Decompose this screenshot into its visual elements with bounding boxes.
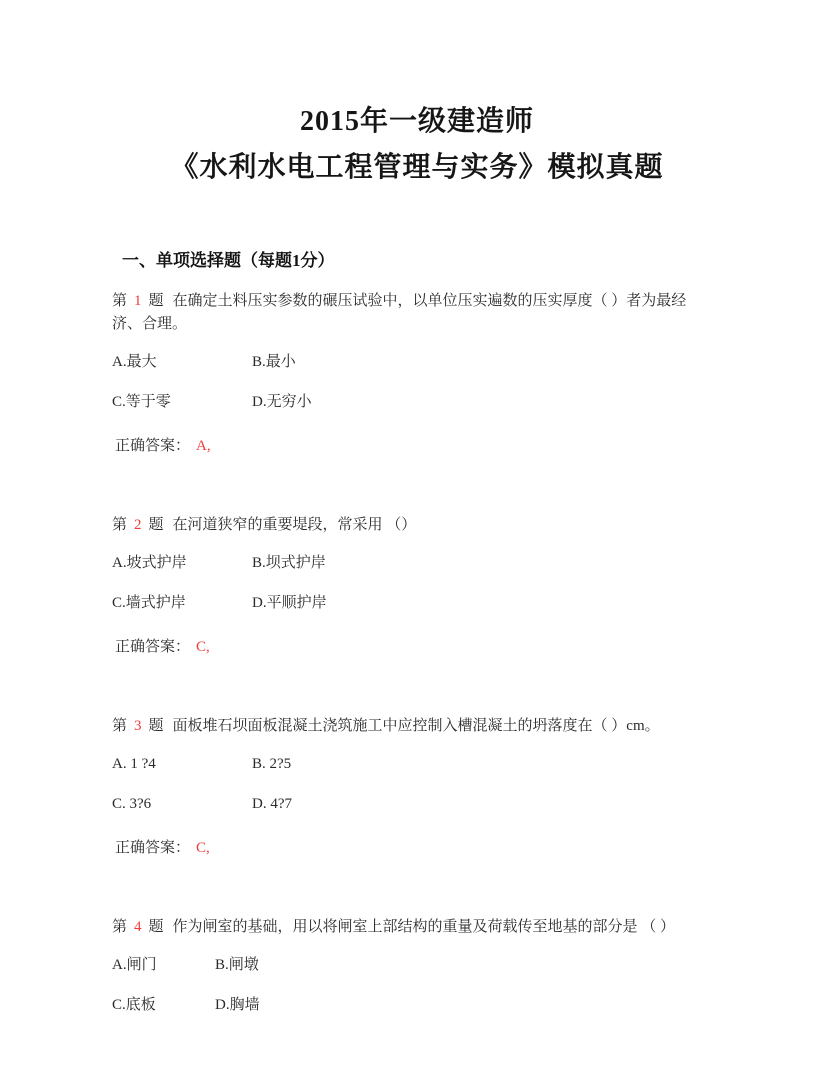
question-suffix: 题 xyxy=(149,919,164,935)
question-4-option-d: D.胸墙 xyxy=(215,997,260,1013)
question-3-option-a: A. 1 ?4 xyxy=(112,754,252,774)
question-3-answer: 正确答案：C, xyxy=(115,838,724,858)
question-4: 第4题作为闸室的基础，用以将闸室上部结构的重量及荷载传至地基的部分是 （ ） A… xyxy=(112,916,724,1015)
question-1-body: 在确定土料压实参数的碾压试验中，以单位压实遍数的压实厚度（ ）者为最经济、合理。 xyxy=(112,293,686,332)
question-3-body: 面板堆石坝面板混凝土浇筑施工中应控制入槽混凝土的坍落度在（ ）cm。 xyxy=(173,718,660,734)
answer-value: C, xyxy=(196,840,210,856)
question-3: 第3题面板堆石坝面板混凝土浇筑施工中应控制入槽混凝土的坍落度在（ ）cm。 A.… xyxy=(112,715,724,858)
question-suffix: 题 xyxy=(149,517,164,533)
question-suffix: 题 xyxy=(149,718,164,734)
question-1-number: 1 xyxy=(134,293,142,309)
question-2-option-d: D.平顺护岸 xyxy=(252,595,327,611)
question-2-number: 2 xyxy=(134,517,142,533)
question-2-answer: 正确答案：C, xyxy=(115,637,724,657)
title-line-1: 2015年一级建造师 xyxy=(0,104,834,140)
question-2-options-row-2: C.墙式护岸D.平顺护岸 xyxy=(112,593,724,613)
question-2: 第2题在河道狭窄的重要堤段，常采用 （） A.坡式护岸B.坝式护岸 C.墙式护岸… xyxy=(112,514,724,657)
question-2-options-row-1: A.坡式护岸B.坝式护岸 xyxy=(112,553,724,573)
question-1-option-b: B.最小 xyxy=(252,354,296,370)
question-2-option-b: B.坝式护岸 xyxy=(252,555,326,571)
question-prefix: 第 xyxy=(112,919,127,935)
answer-value: C, xyxy=(196,639,210,655)
question-4-option-b: B.闸墩 xyxy=(215,957,259,973)
title-line-2: 《水利水电工程管理与实务》模拟真题 xyxy=(0,150,834,186)
answer-label: 正确答案： xyxy=(115,639,190,655)
question-4-options-row-2: C.底板D.胸墙 xyxy=(112,995,724,1015)
question-3-options-row-2: C. 3?6D. 4?7 xyxy=(112,794,724,814)
question-1-option-a: A.最大 xyxy=(112,352,252,372)
question-suffix: 题 xyxy=(149,293,164,309)
question-1: 第1题在确定土料压实参数的碾压试验中，以单位压实遍数的压实厚度（ ）者为最经济、… xyxy=(112,290,724,456)
question-3-options-row-1: A. 1 ?4B. 2?5 xyxy=(112,754,724,774)
question-2-option-c: C.墙式护岸 xyxy=(112,593,252,613)
question-4-number: 4 xyxy=(134,919,142,935)
question-3-option-b: B. 2?5 xyxy=(252,756,291,772)
answer-label: 正确答案： xyxy=(115,438,190,454)
question-1-answer: 正确答案：A, xyxy=(115,436,724,456)
answer-label: 正确答案： xyxy=(115,840,190,856)
question-prefix: 第 xyxy=(112,718,127,734)
question-1-text: 第1题在确定土料压实参数的碾压试验中，以单位压实遍数的压实厚度（ ）者为最经济、… xyxy=(112,290,714,336)
question-2-text: 第2题在河道狭窄的重要堤段，常采用 （） xyxy=(112,514,714,537)
question-1-options-row-2: C.等于零D.无穷小 xyxy=(112,392,724,412)
question-4-body: 作为闸室的基础，用以将闸室上部结构的重量及荷载传至地基的部分是 （ ） xyxy=(173,919,676,935)
question-3-text: 第3题面板堆石坝面板混凝土浇筑施工中应控制入槽混凝土的坍落度在（ ）cm。 xyxy=(112,715,714,738)
question-4-option-c: C.底板 xyxy=(112,995,215,1015)
question-3-number: 3 xyxy=(134,718,142,734)
question-3-option-d: D. 4?7 xyxy=(252,796,292,812)
question-prefix: 第 xyxy=(112,517,127,533)
question-2-option-a: A.坡式护岸 xyxy=(112,553,252,573)
question-1-options-row-1: A.最大B.最小 xyxy=(112,352,724,372)
question-1-option-c: C.等于零 xyxy=(112,392,252,412)
question-prefix: 第 xyxy=(112,293,127,309)
question-4-option-a: A.闸门 xyxy=(112,955,215,975)
document-content: 一、单项选择题（每题1分） 第1题在确定土料压实参数的碾压试验中，以单位压实遍数… xyxy=(0,250,834,1015)
document-title: 2015年一级建造师 《水利水电工程管理与实务》模拟真题 xyxy=(0,0,834,186)
question-2-body: 在河道狭窄的重要堤段，常采用 （） xyxy=(173,517,417,533)
document-page: 2015年一级建造师 《水利水电工程管理与实务》模拟真题 一、单项选择题（每题1… xyxy=(0,0,834,1080)
question-1-option-d: D.无穷小 xyxy=(252,394,312,410)
answer-value: A, xyxy=(196,438,211,454)
question-4-text: 第4题作为闸室的基础，用以将闸室上部结构的重量及荷载传至地基的部分是 （ ） xyxy=(112,916,714,939)
section-heading: 一、单项选择题（每题1分） xyxy=(122,250,724,272)
question-4-options-row-1: A.闸门B.闸墩 xyxy=(112,955,724,975)
question-3-option-c: C. 3?6 xyxy=(112,794,252,814)
